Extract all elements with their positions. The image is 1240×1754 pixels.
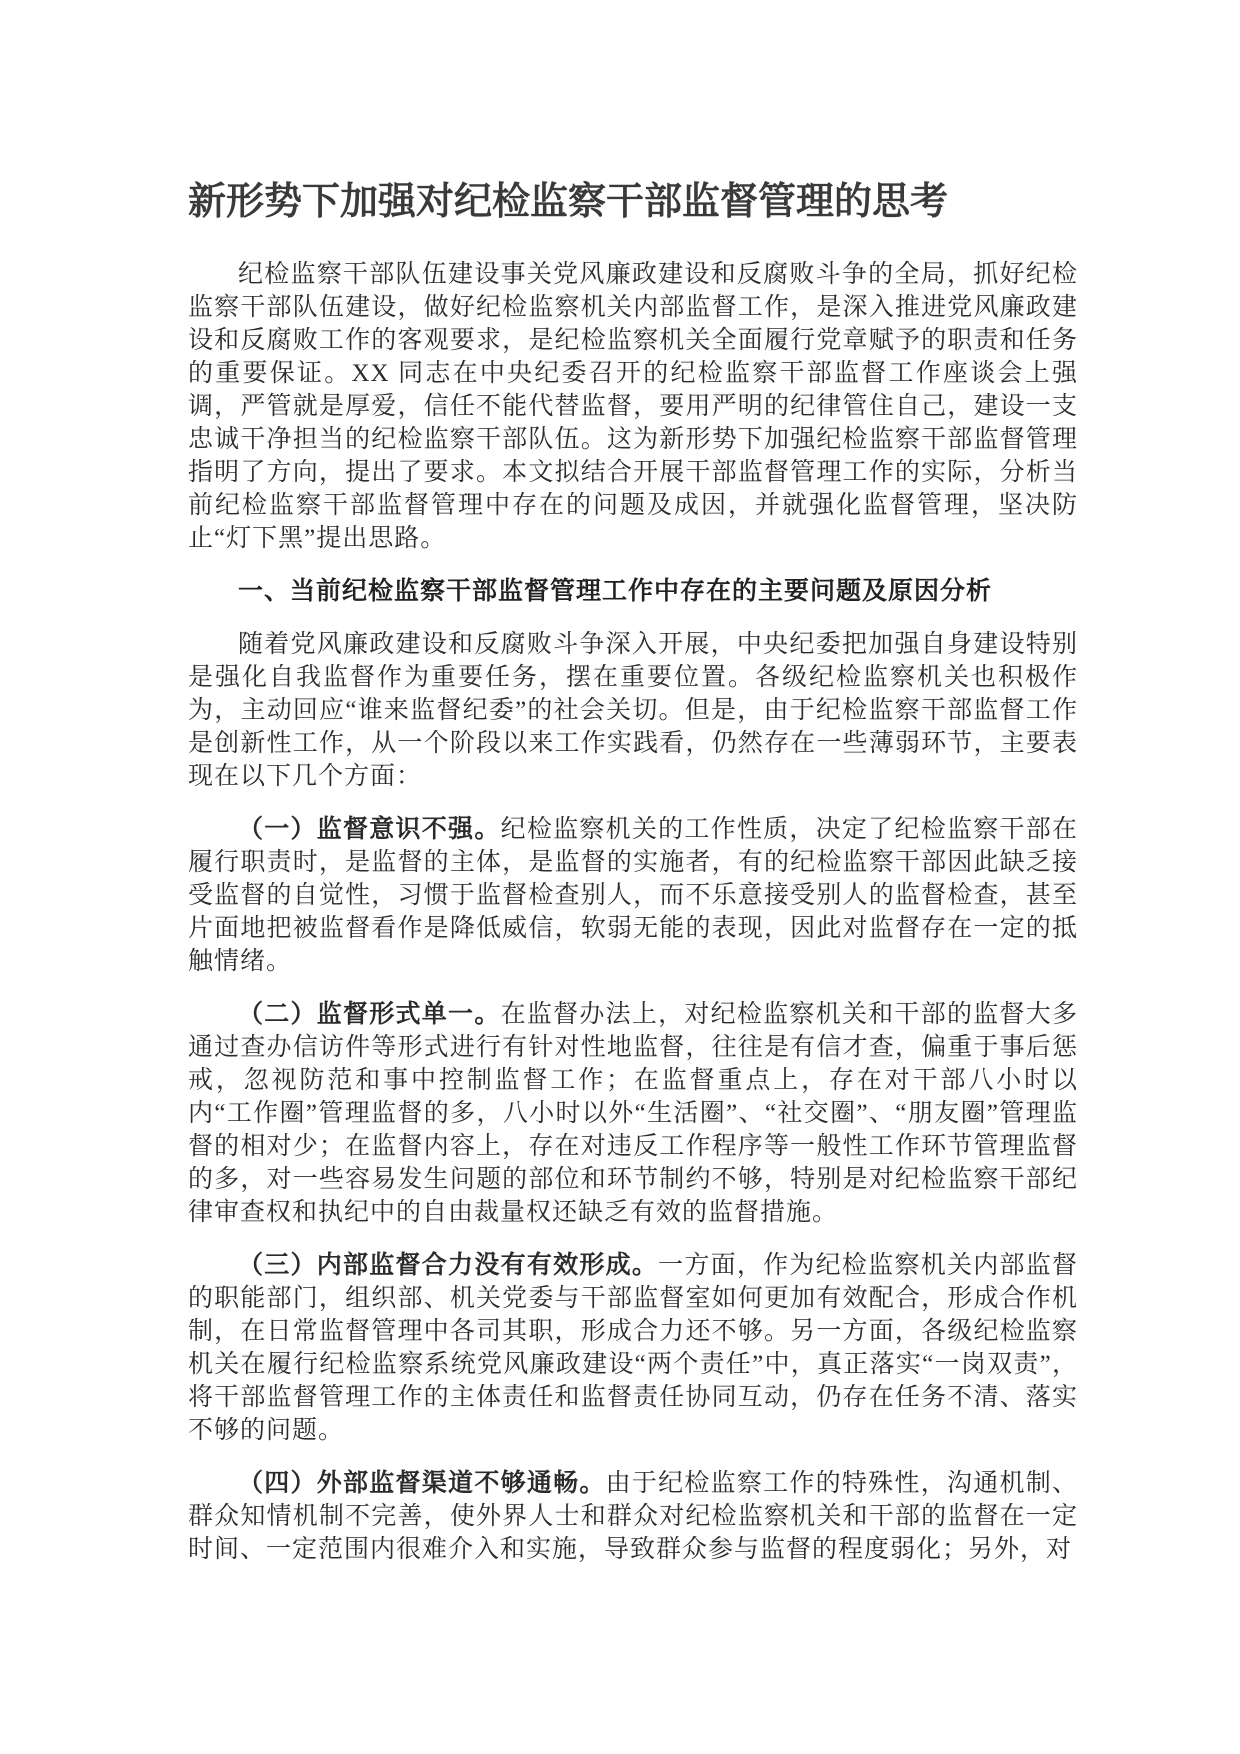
document-body: 纪检监察干部队伍建设事关党风廉政建设和反腐败斗争的全局，抓好纪检监察干部队伍建设… xyxy=(188,258,1078,1566)
paragraph-text: 一方面，作为纪检监察机关内部监督的职能部门，组织部、机关党委与干部监督室如何更加… xyxy=(188,1252,1078,1444)
document-title: 新形势下加强对纪检监察干部监督管理的思考 xyxy=(188,178,1078,226)
section-heading: 一、当前纪检监察干部监督管理工作中存在的主要问题及原因分析 xyxy=(188,575,1078,608)
paragraph: （一）监督意识不强。纪检监察机关的工作性质，决定了纪检监察干部在履行职责时，是监… xyxy=(188,813,1078,978)
paragraph: （二）监督形式单一。在监督办法上，对纪检监察机关和干部的监督大多通过查办信访件等… xyxy=(188,998,1078,1229)
item-lead: （三）内部监督合力没有有效形成。 xyxy=(238,1252,658,1279)
document-page: 新形势下加强对纪检监察干部监督管理的思考 纪检监察干部队伍建设事关党风廉政建设和… xyxy=(0,0,1240,1754)
paragraph: 随着党风廉政建设和反腐败斗争深入开展，中央纪委把加强自身建设特别是强化自我监督作… xyxy=(188,628,1078,793)
paragraph: （三）内部监督合力没有有效形成。一方面，作为纪检监察机关内部监督的职能部门，组织… xyxy=(188,1249,1078,1447)
item-lead: （四）外部监督渠道不够通畅。 xyxy=(238,1470,606,1497)
item-lead: （二）监督形式单一。 xyxy=(238,1001,501,1028)
paragraph: （四）外部监督渠道不够通畅。由于纪检监察工作的特殊性，沟通机制、群众知情机制不完… xyxy=(188,1467,1078,1566)
item-lead: （一）监督意识不强。 xyxy=(238,816,501,843)
paragraph: 纪检监察干部队伍建设事关党风廉政建设和反腐败斗争的全局，抓好纪检监察干部队伍建设… xyxy=(188,258,1078,555)
paragraph-text: 在监督办法上，对纪检监察机关和干部的监督大多通过查办信访件等形式进行有针对性地监… xyxy=(188,1001,1078,1226)
